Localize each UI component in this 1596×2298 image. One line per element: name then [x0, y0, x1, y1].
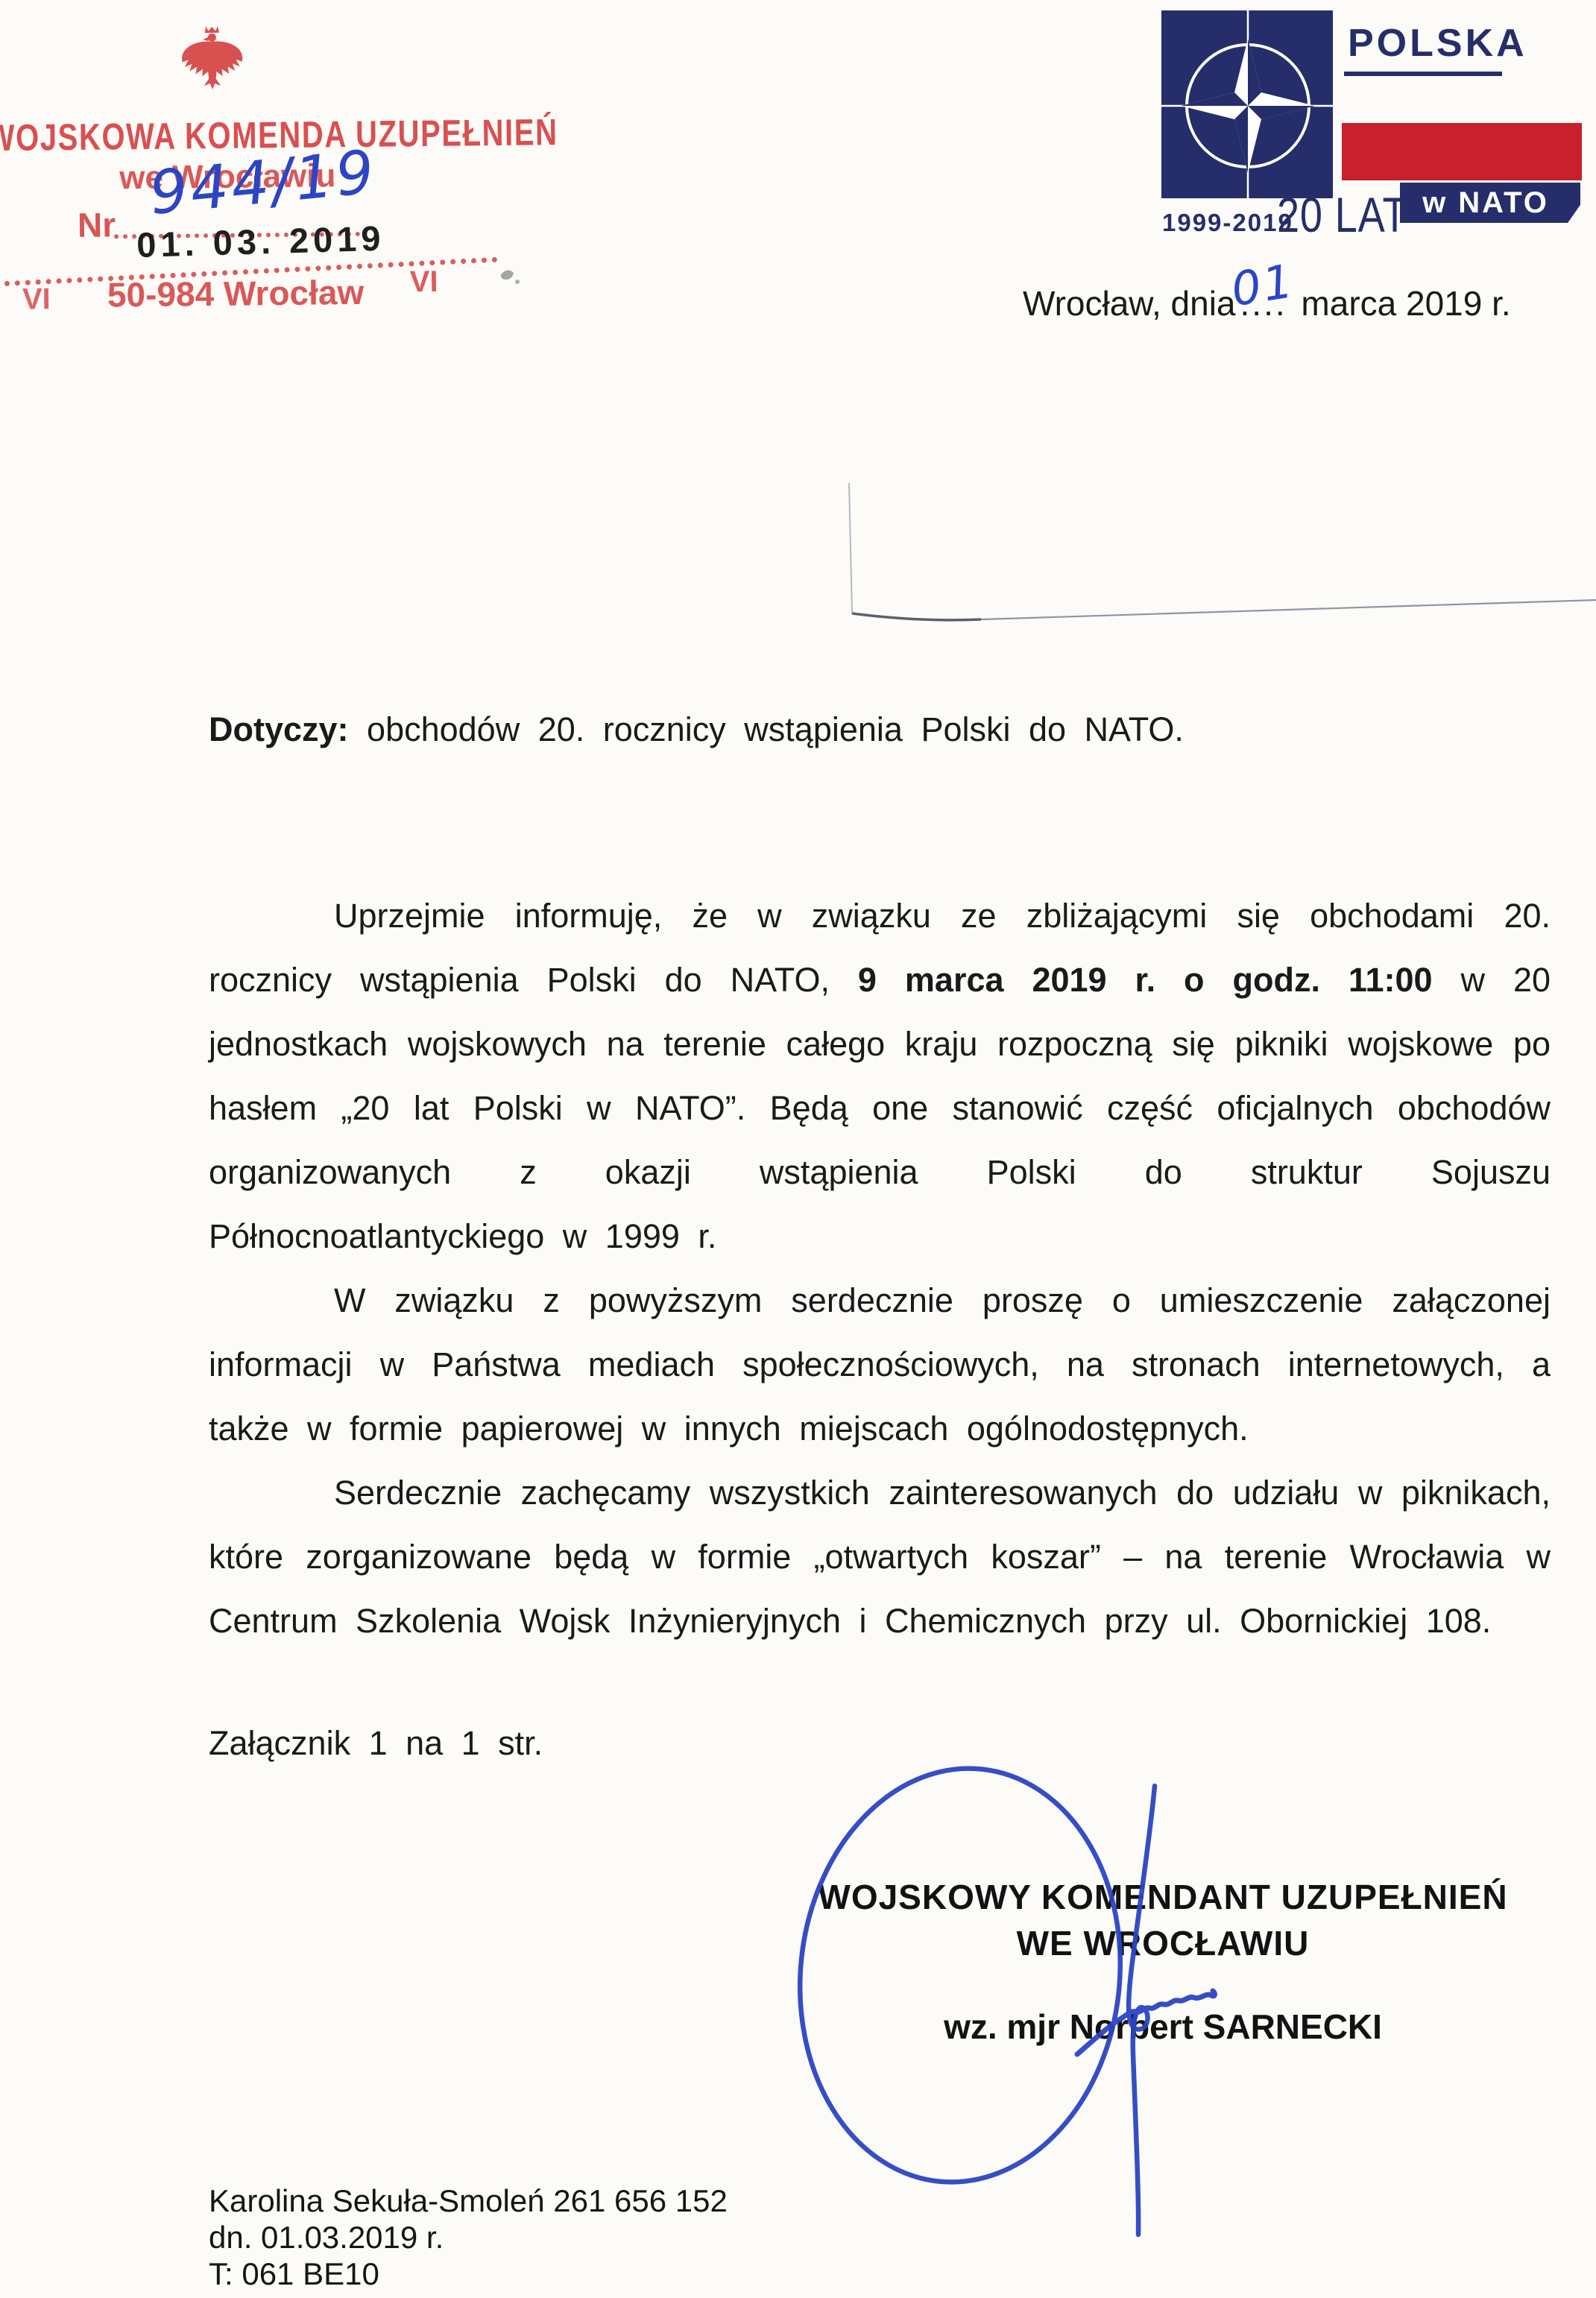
clerk-reference: T: 061 BE10 [209, 2256, 728, 2292]
logo-underline [1344, 72, 1502, 76]
stamp-vi-left: VI [22, 282, 51, 316]
paragraph-2: W związku z powyższym serdecznie proszę … [209, 1269, 1551, 1461]
attachment-note: Załącznik 1 na 1 str. [209, 1711, 1551, 1775]
subject-label: Dotyczy: [209, 710, 349, 748]
nato-20-years-logo: POLSKA 1999-2019 20 LAT w NATO [1158, 7, 1596, 253]
registry-stamp: WOJSKOWA KOMENDA UZUPEŁNIEŃ we Wrocławiu… [0, 0, 568, 316]
paragraph-1: Uprzejmie informuję, że w związku ze zbl… [209, 884, 1551, 1269]
handwritten-day: 01 [1227, 253, 1298, 317]
stamp-vi-right: VI [410, 265, 438, 299]
letter-body: Dotyczy: obchodów 20. rocznicy wstąpieni… [209, 707, 1551, 1775]
place-date-line: Wrocław, dnia01.... marca 2019 r. [1023, 283, 1511, 323]
scanned-letter-page: WOJSKOWA KOMENDA UZUPEŁNIEŃ we Wrocławiu… [0, 0, 1596, 2298]
logo-country-label: POLSKA [1348, 21, 1527, 66]
paragraph-1-text-cont: w 20 jednostkach wojskowych na terenie c… [209, 961, 1551, 1255]
dateline-dots: 01.... [1236, 283, 1292, 323]
clerk-date: dn. 01.03.2019 r. [209, 2219, 728, 2256]
date-received-stamp: 01. 03. 2019 [136, 218, 385, 265]
logo-w-nato-banner: w NATO [1400, 183, 1580, 223]
nato-compass-rose-icon [1161, 10, 1333, 198]
clerk-footer: Karolina Sekuła-Smoleń 261 656 152 dn. 0… [209, 2182, 728, 2292]
dateline-suffix: marca 2019 r. [1301, 284, 1510, 323]
polish-flag-red-bar [1342, 123, 1582, 180]
signer-title-line2: WE WROCŁAWIU [760, 1920, 1565, 1966]
signer-title-line1: WOJSKOWY KOMENDANT UZUPEŁNIEŃ [760, 1874, 1565, 1920]
polish-eagle-icon [176, 12, 248, 107]
scan-artifact-lines [849, 483, 1596, 620]
logo-20-lat: 20 LAT [1277, 186, 1407, 243]
clerk-contact: Karolina Sekuła-Smoleń 261 656 152 [209, 2182, 728, 2219]
subject-text: obchodów 20. rocznicy wstąpienia Polski … [349, 710, 1184, 748]
logo-years: 1999-2019 [1162, 209, 1293, 237]
paragraph-3: Serdecznie zachęcamy wszystkich zaintere… [209, 1461, 1551, 1653]
subject-line: Dotyczy: obchodów 20. rocznicy wstąpieni… [209, 707, 1551, 753]
paragraph-1-bold-date: 9 marca 2019 r. o godz. 11:00 [858, 961, 1433, 999]
dateline-prefix: Wrocław, dnia [1023, 284, 1236, 323]
signature-block: WOJSKOWY KOMENDANT UZUPEŁNIEŃ WE WROCŁAW… [760, 1874, 1565, 2047]
stamp-nr-label: Nr [78, 204, 116, 245]
logo-w-nato-label: w NATO [1422, 186, 1558, 220]
signer-name: wz. mjr Norbert SARNECKI [760, 2007, 1565, 2047]
stamp-postal-code: 50-984 Wrocław [107, 272, 365, 315]
